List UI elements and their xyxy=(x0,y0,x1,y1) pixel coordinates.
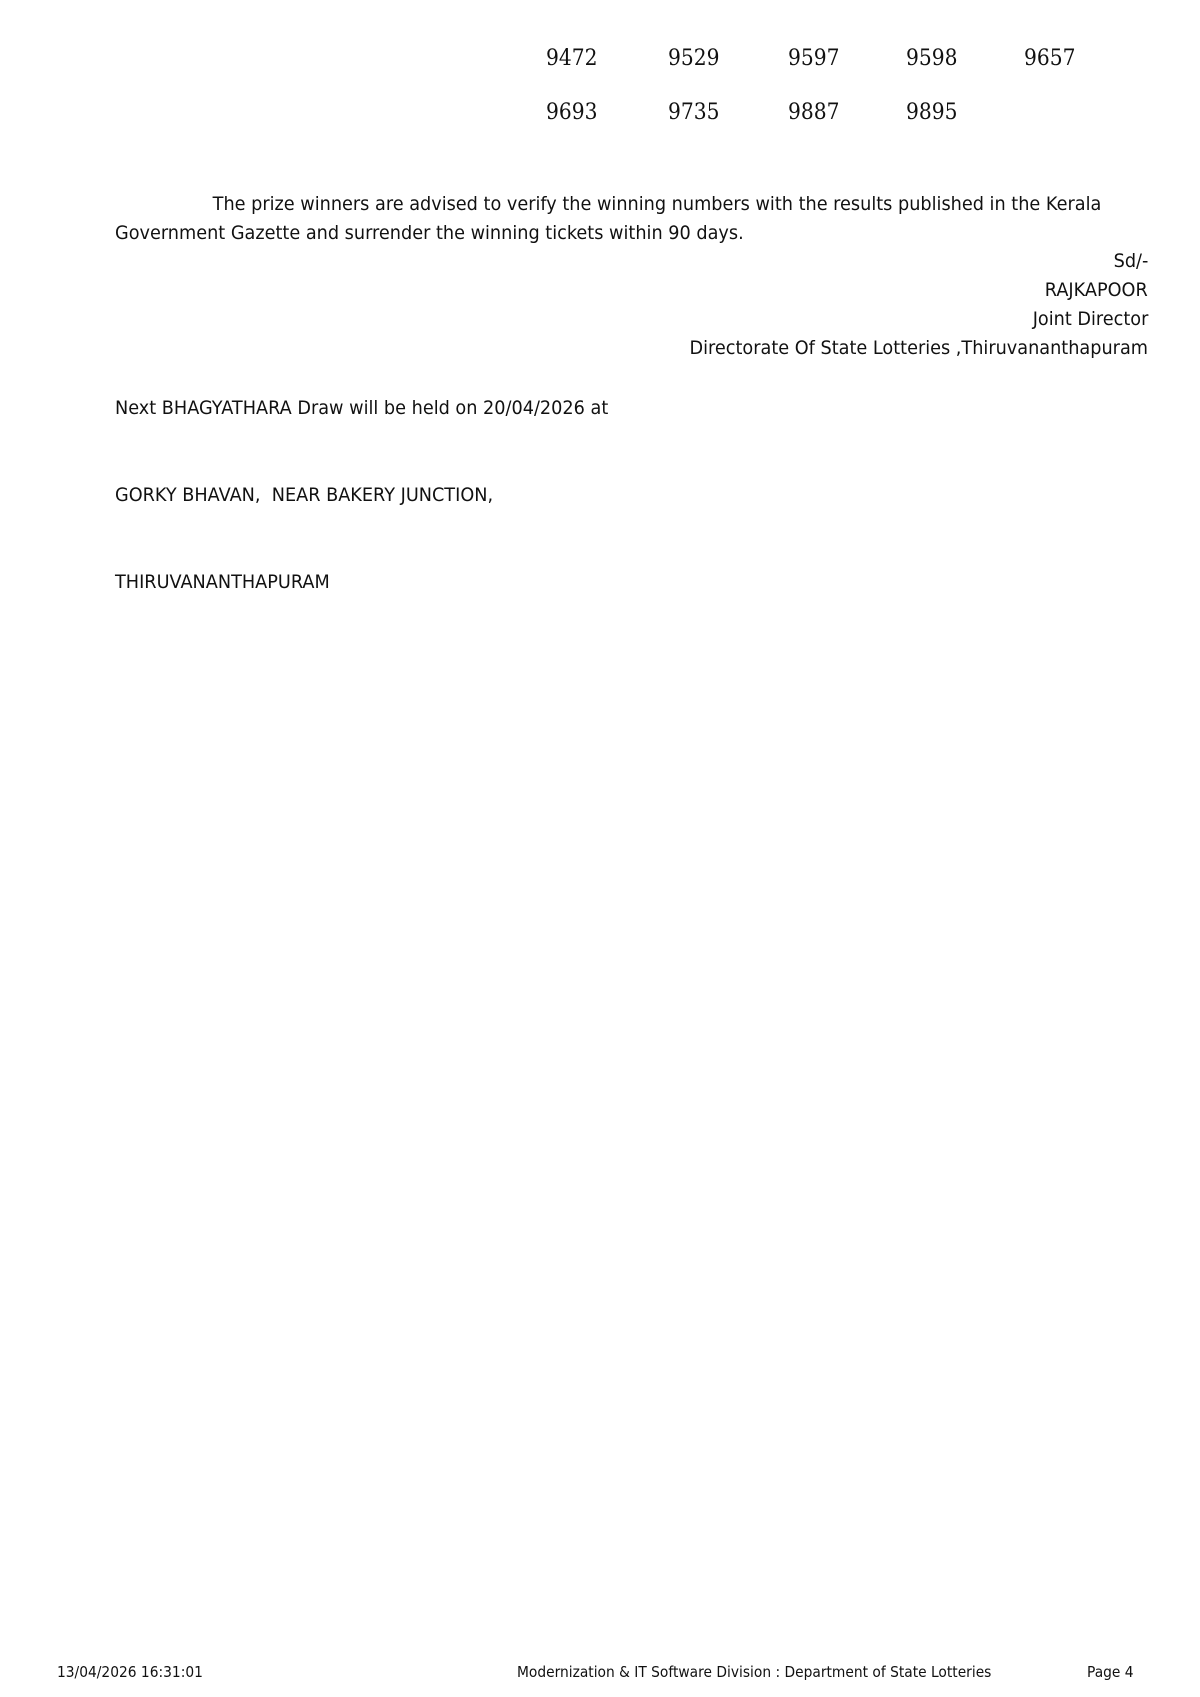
winning-number: 9887 xyxy=(788,100,840,125)
next-draw-line-3: THIRUVANANTHAPURAM xyxy=(115,568,608,597)
next-draw-line-1: Next BHAGYATHARA Draw will be held on 20… xyxy=(115,394,608,423)
winning-number: 9657 xyxy=(1024,46,1076,71)
signatory-name: RAJKAPOOR xyxy=(1045,279,1148,301)
notice-line-2: Government Gazette and surrender the win… xyxy=(115,219,1138,248)
next-draw-info: Next BHAGYATHARA Draw will be held on 20… xyxy=(115,336,608,626)
signatory-title: Joint Director xyxy=(1032,308,1148,330)
winning-number: 9529 xyxy=(668,46,720,71)
winning-number: 9693 xyxy=(546,100,598,125)
notice-paragraph: The prize winners are advised to verify … xyxy=(115,190,1138,248)
winning-number: 9895 xyxy=(906,100,958,125)
footer-timestamp: 13/04/2026 16:31:01 xyxy=(57,1663,203,1681)
footer-division: Modernization & IT Software Division : D… xyxy=(517,1663,991,1681)
winning-number: 9598 xyxy=(906,46,958,71)
winning-number: 9597 xyxy=(788,46,840,71)
footer-page-number: Page 4 xyxy=(1087,1663,1134,1681)
signature-sd: Sd/- xyxy=(1113,250,1148,272)
next-draw-line-2: GORKY BHAVAN, NEAR BAKERY JUNCTION, xyxy=(115,481,608,510)
signatory-office: Directorate Of State Lotteries ,Thiruvan… xyxy=(690,337,1148,359)
notice-line-1: The prize winners are advised to verify … xyxy=(213,193,1102,215)
winning-number: 9735 xyxy=(668,100,720,125)
winning-number: 9472 xyxy=(546,46,598,71)
